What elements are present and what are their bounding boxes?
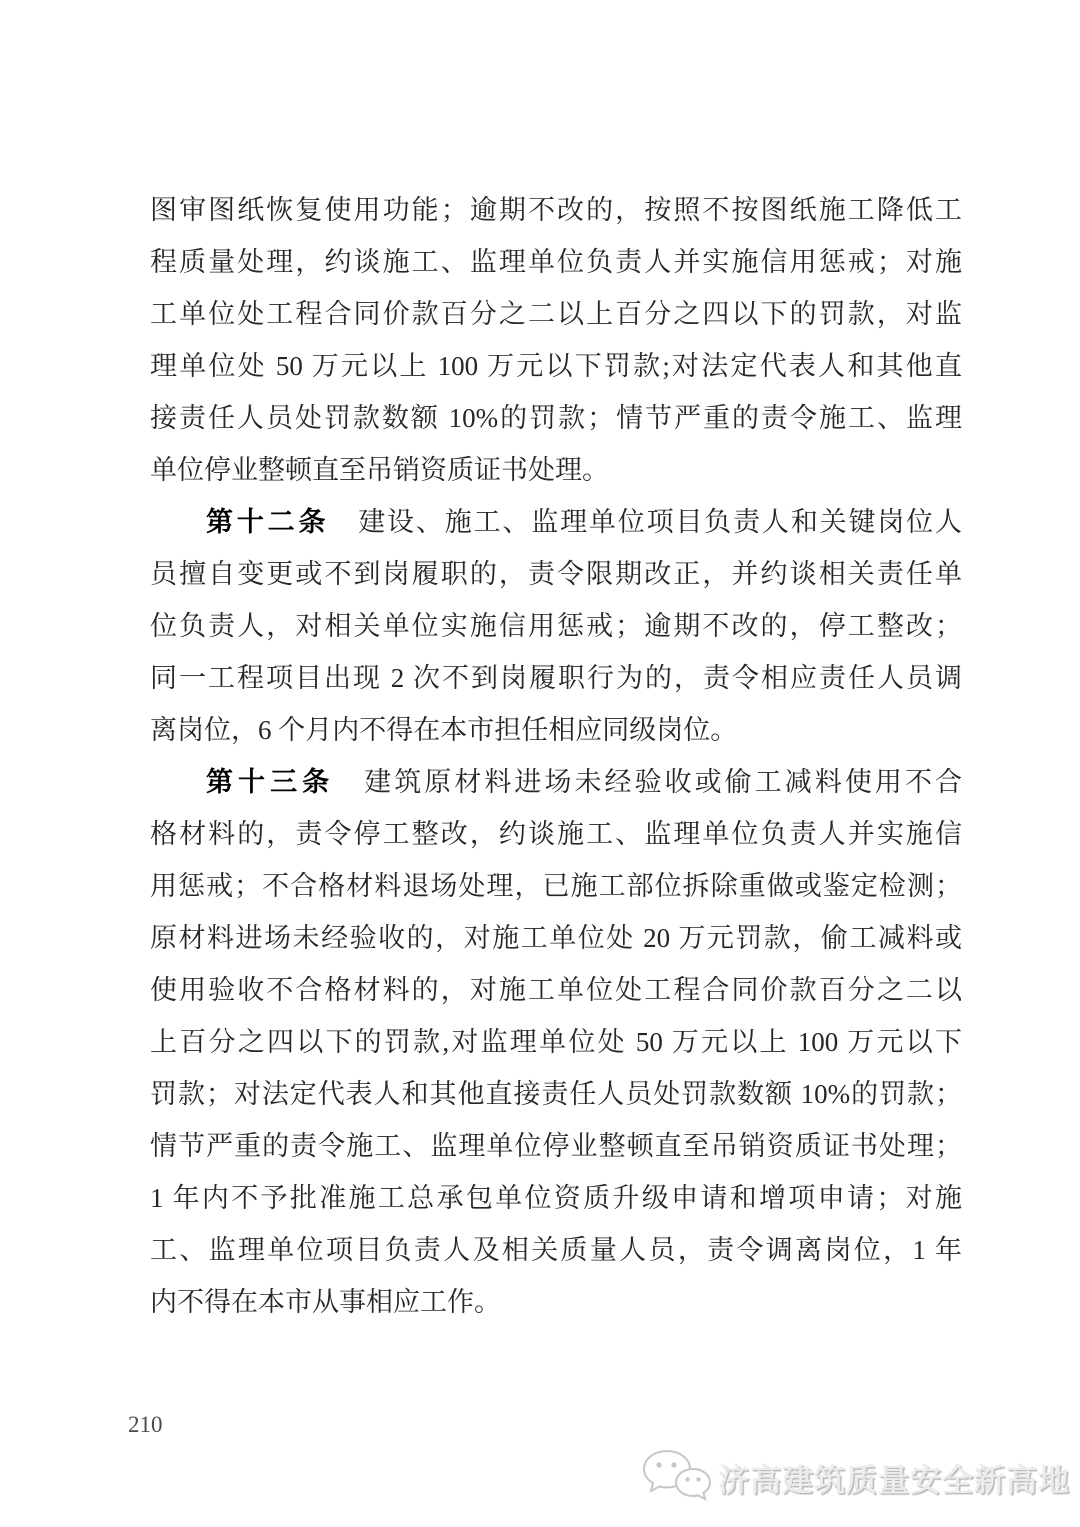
text-line: 工、监理单位项目负责人及相关质量人员，责令调离岗位，1 年	[150, 1224, 962, 1276]
line-text: 建筑原材料进场未经验收或偷工减料使用不合	[334, 767, 962, 797]
text-line: 接责任人员处罚款数额 10%的罚款；情节严重的责令施工、监理	[150, 392, 962, 444]
text-line: 位负责人，对相关单位实施信用惩戒；逾期不改的，停工整改；	[150, 600, 962, 652]
text-line: 用惩戒；不合格材料退场处理，已施工部位拆除重做或鉴定检测；	[150, 860, 962, 912]
line-text: 使用验收不合格材料的，对施工单位处工程合同价款百分之二以	[150, 975, 962, 1005]
text-line: 工单位处工程合同价款百分之二以上百分之四以下的罚款，对监	[150, 288, 962, 340]
line-text: 格材料的，责令停工整改，约谈施工、监理单位负责人并实施信	[150, 819, 962, 849]
line-text: 工、监理单位项目负责人及相关质量人员，责令调离岗位，1 年	[150, 1235, 962, 1265]
text-line: 上百分之四以下的罚款,对监理单位处 50 万元以上 100 万元以下	[150, 1016, 962, 1068]
wechat-icon	[640, 1447, 714, 1507]
line-text: 建设、施工、监理单位项目负责人和关键岗位人	[329, 507, 962, 537]
text-line: 格材料的，责令停工整改，约谈施工、监理单位负责人并实施信	[150, 808, 962, 860]
text-line: 离岗位，6 个月内不得在本市担任相应同级岗位。	[150, 704, 962, 756]
document-page: 图审图纸恢复使用功能；逾期不改的，按照不按图纸施工降低工程质量处理，约谈施工、监…	[0, 0, 1080, 1527]
watermark-text: 济高建筑质量安全新高地	[718, 1455, 1070, 1500]
text-line: 理单位处 50 万元以上 100 万元以下罚款;对法定代表人和其他直	[150, 340, 962, 392]
line-text: 罚款；对法定代表人和其他直接责任人员处罚款数额 10%的罚款；	[150, 1079, 962, 1109]
line-text: 同一工程项目出现 2 次不到岗履职行为的，责令相应责任人员调	[150, 663, 962, 693]
line-text: 用惩戒；不合格材料退场处理，已施工部位拆除重做或鉴定检测；	[150, 871, 962, 901]
article-label: 第十三条	[206, 767, 334, 797]
text-line: 原材料进场未经验收的，对施工单位处 20 万元罚款，偷工减料或	[150, 912, 962, 964]
text-line: 第十三条 建筑原材料进场未经验收或偷工减料使用不合	[150, 756, 962, 808]
line-text: 离岗位，6 个月内不得在本市担任相应同级岗位。	[150, 715, 737, 745]
page-number: 210	[128, 1412, 163, 1438]
line-text: 程质量处理，约谈施工、监理单位负责人并实施信用惩戒；对施	[150, 247, 962, 277]
article-label: 第十二条	[206, 507, 329, 537]
line-text: 图审图纸恢复使用功能；逾期不改的，按照不按图纸施工降低工	[150, 195, 962, 225]
text-line: 使用验收不合格材料的，对施工单位处工程合同价款百分之二以	[150, 964, 962, 1016]
text-line: 情节严重的责令施工、监理单位停业整顿直至吊销资质证书处理；	[150, 1120, 962, 1172]
line-text: 情节严重的责令施工、监理单位停业整顿直至吊销资质证书处理；	[150, 1131, 962, 1161]
text-line: 程质量处理，约谈施工、监理单位负责人并实施信用惩戒；对施	[150, 236, 962, 288]
line-text: 接责任人员处罚款数额 10%的罚款；情节严重的责令施工、监理	[150, 403, 962, 433]
watermark: 济高建筑质量安全新高地	[640, 1447, 1070, 1507]
line-text: 1 年内不予批准施工总承包单位资质升级申请和增项申请；对施	[150, 1183, 962, 1213]
text-line: 内不得在本市从事相应工作。	[150, 1276, 962, 1328]
text-line: 员擅自变更或不到岗履职的，责令限期改正，并约谈相关责任单	[150, 548, 962, 600]
text-line: 第十二条 建设、施工、监理单位项目负责人和关键岗位人	[150, 496, 962, 548]
line-text: 位负责人，对相关单位实施信用惩戒；逾期不改的，停工整改；	[150, 611, 962, 641]
line-text: 员擅自变更或不到岗履职的，责令限期改正，并约谈相关责任单	[150, 559, 962, 589]
line-text: 内不得在本市从事相应工作。	[150, 1287, 501, 1317]
line-text: 单位停业整顿直至吊销资质证书处理。	[150, 455, 609, 485]
line-text: 理单位处 50 万元以上 100 万元以下罚款;对法定代表人和其他直	[150, 351, 962, 381]
line-text: 原材料进场未经验收的，对施工单位处 20 万元罚款，偷工减料或	[150, 923, 962, 953]
document-body: 图审图纸恢复使用功能；逾期不改的，按照不按图纸施工降低工程质量处理，约谈施工、监…	[150, 184, 962, 1328]
text-line: 1 年内不予批准施工总承包单位资质升级申请和增项申请；对施	[150, 1172, 962, 1224]
text-line: 单位停业整顿直至吊销资质证书处理。	[150, 444, 962, 496]
text-line: 罚款；对法定代表人和其他直接责任人员处罚款数额 10%的罚款；	[150, 1068, 962, 1120]
text-line: 图审图纸恢复使用功能；逾期不改的，按照不按图纸施工降低工	[150, 184, 962, 236]
text-line: 同一工程项目出现 2 次不到岗履职行为的，责令相应责任人员调	[150, 652, 962, 704]
line-text: 上百分之四以下的罚款,对监理单位处 50 万元以上 100 万元以下	[150, 1027, 962, 1057]
line-text: 工单位处工程合同价款百分之二以上百分之四以下的罚款，对监	[150, 299, 962, 329]
